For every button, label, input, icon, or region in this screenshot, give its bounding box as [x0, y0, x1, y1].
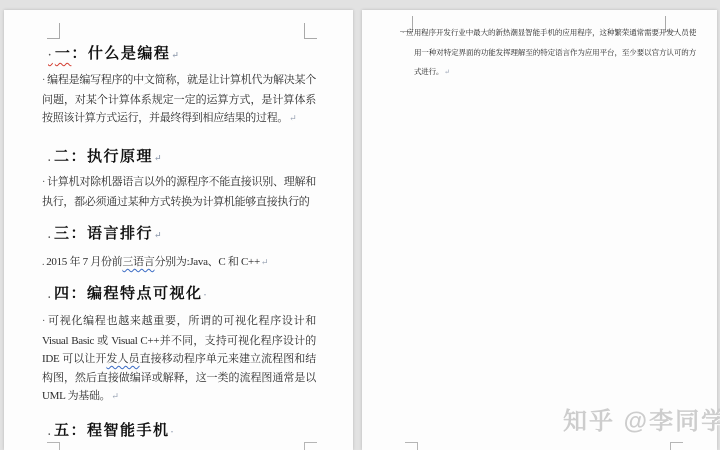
document-canvas: ·一：什么是编程↵ ·编程是编写程序的中文简称，就是让计算机代为解决某个问题，对… [0, 0, 720, 450]
paragraph-start-mark: . [48, 290, 52, 301]
paragraph-end-mark: ↵ [171, 50, 179, 60]
paragraph-definition: ·编程是编写程序的中文简称，就是让计算机代为解决某个问题，对某个计算体系规定一定… [42, 71, 316, 128]
paragraph-text: 分别为:Java、C 和 C++ [154, 256, 259, 268]
paragraph-smartphone-apps: ·应用程序开发行业中最大的新热潮显智能手机的应用程序，这种繁荣通常需要开发人员使… [402, 23, 696, 82]
paragraph-end-mark: ↵ [154, 230, 162, 240]
heading-language-ranking: .三：语言排行↵ [48, 222, 162, 243]
paragraph-start-mark: · [42, 177, 45, 188]
heading-text: 三：语言排行 [54, 226, 153, 242]
paragraph-start-mark: . [48, 230, 52, 241]
paragraph-start-mark: · [402, 29, 404, 37]
heading-text: ：什么是编程 [71, 46, 170, 62]
heading-what-is-programming: ·一：什么是编程↵ [48, 42, 179, 63]
heading-text: 五：程智能手机 [54, 423, 170, 439]
paragraph-visual: ·可视化编程也越来越重要，所谓的可视化程序设计和 Visual Basic 或 … [42, 312, 316, 406]
spellcheck-flagged-text: 发人员 [106, 353, 139, 365]
crop-mark-bottom-right-icon [304, 442, 317, 450]
document-page-1: ·一：什么是编程↵ ·编程是编写程序的中文简称，就是让计算机代为解决某个问题，对… [4, 10, 353, 450]
zhihu-watermark: 知乎 @李同学 [563, 401, 720, 436]
crop-mark-top-left-icon [47, 23, 60, 39]
paragraph-end-mark: ↵ [111, 391, 119, 401]
heading-visual-programming: .四：编程特点可视化· [48, 282, 207, 303]
paragraph-execution: ·计算机对除机器语言以外的源程序不能直接识别、理解和执行，都必须通过某种方式转换… [42, 173, 316, 211]
heading-smartphone: .五：程智能手机· [48, 419, 174, 440]
crop-mark-bottom-left-icon [47, 442, 60, 450]
paragraph-text: 计算机对除机器语言以外的源程序不能直接识别、理解和执行，都必须通过某种方式转换为… [42, 176, 316, 208]
paragraph-text: 编程是编写程序的中文简称，就是让计算机代为解决某个问题，对某个计算体系规定一定的… [42, 74, 316, 124]
crop-mark-bottom-left-icon [405, 442, 418, 450]
paragraph-start-mark: . [42, 257, 44, 268]
document-page-2: ·应用程序开发行业中最大的新热潮显智能手机的应用程序，这种繁荣通常需要开发人员使… [362, 10, 717, 450]
paragraph-end-mark: ↵ [444, 68, 450, 76]
paragraph-start-mark: · [48, 50, 53, 61]
paragraph-start-mark: . [48, 427, 52, 438]
paragraph-end-mark: · [204, 290, 207, 300]
paragraph-start-mark: · [42, 316, 45, 327]
heading-text: 四：编程特点可视化 [54, 286, 203, 302]
heading-execution-principle: .二：执行原理↵ [48, 145, 162, 166]
heading-text: 二：执行原理 [54, 149, 153, 165]
paragraph-end-mark: ↵ [289, 113, 297, 123]
spellcheck-flagged-text: 三语言 [122, 256, 154, 268]
crop-mark-bottom-right-icon [670, 442, 683, 450]
paragraph-start-mark: . [48, 153, 52, 164]
heading-text-misspelled: 一 [55, 46, 72, 62]
crop-mark-top-right-icon [304, 23, 317, 39]
paragraph-end-mark: ↵ [261, 257, 269, 267]
paragraph-end-mark: ↵ [154, 153, 162, 163]
paragraph-start-mark: · [42, 75, 45, 86]
paragraph-ranking: .2015 年 7 月份前三语言分别为:Java、C 和 C++↵ [42, 253, 332, 273]
paragraph-end-mark: · [171, 427, 174, 437]
paragraph-text: 2015 年 7 月份前 [46, 256, 122, 268]
